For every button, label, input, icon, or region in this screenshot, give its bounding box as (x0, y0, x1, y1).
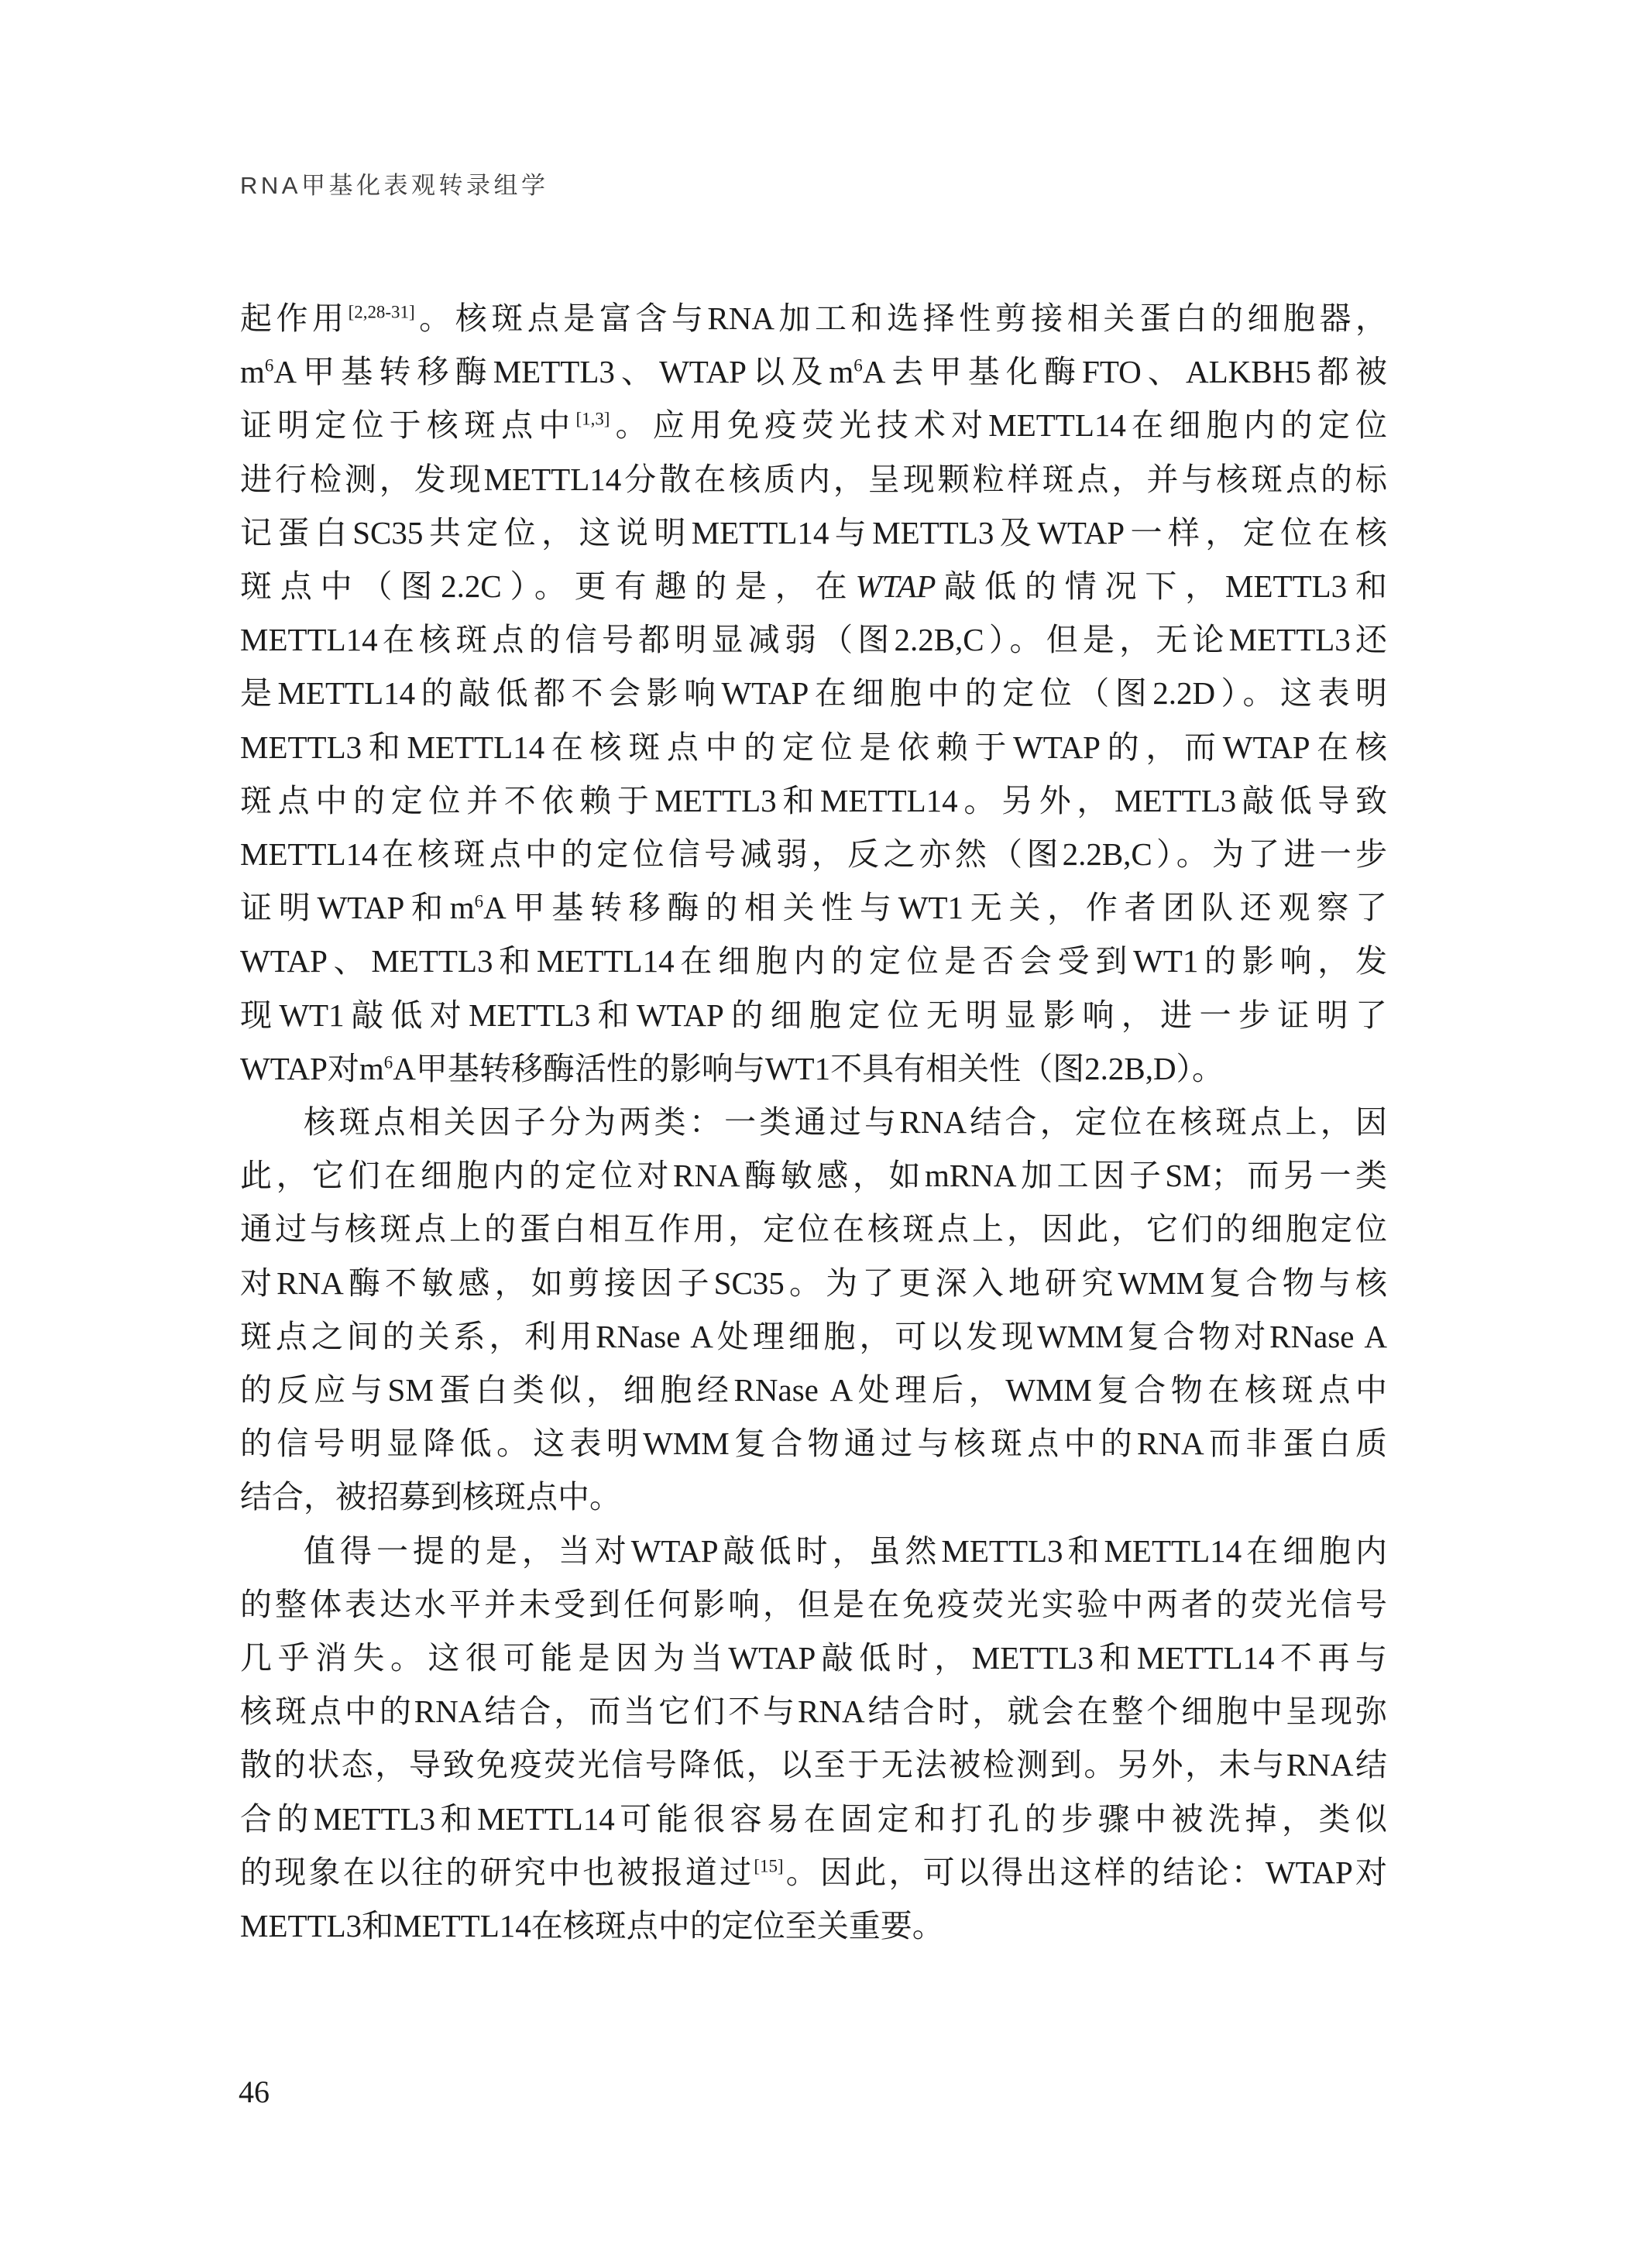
text-segment: A甲基转移酶活性的影响与WT1不具有相关性（图2.2B,D）。 (393, 1051, 1224, 1086)
text-line: 此，它们在细胞内的定位对RNA酶敏感，如mRNA加工因子SM；而另一类 (240, 1149, 1387, 1203)
text-segment: 起作用 (240, 300, 349, 336)
text-line: m6A甲基转移酶METTL3、WTAP以及m6A去甲基化酶FTO、ALKBH5都… (240, 345, 1387, 399)
text-line: 核斑点相关因子分为两类：一类通过与RNA结合，定位在核斑点上，因 (240, 1096, 1387, 1149)
text-segment: 是METTL14的敲低都不会影响WTAP在细胞中的定位（图2.2D）。这表明 (240, 675, 1387, 711)
text-segment: 合的METTL3和METTL14可能很容易在固定和打孔的步骤中被洗掉，类似 (240, 1801, 1387, 1837)
text-segment: METTL3和METTL14在核斑点中的定位至关重要。 (240, 1908, 944, 1944)
text-line: 进行检测，发现METTL14分散在核质内，呈现颗粒样斑点，并与核斑点的标 (240, 453, 1387, 506)
text-segment: 。应用免疫荧光技术对METTL14在细胞内的定位 (610, 407, 1387, 443)
text-segment: METTL3和METTL14在核斑点中的定位是依赖于WTAP的，而WTAP在核 (240, 729, 1387, 765)
text-line: 的现象在以往的研究中也被报道过[15]。因此，可以得出这样的结论：WTAP对 (240, 1846, 1387, 1899)
text-line: 斑点之间的关系，利用RNase A处理细胞，可以发现WMM复合物对RNase A (240, 1310, 1387, 1364)
book-page: RNA甲基化表观转录组学 起作用[2,28-31]。核斑点是富含与RNA加工和选… (0, 0, 1628, 2268)
text-line: 通过与核斑点上的蛋白相互作用，定位在核斑点上，因此，它们的细胞定位 (240, 1203, 1387, 1256)
text-segment: 敲低的情况下，METTL3和 (936, 568, 1387, 604)
text-segment: 证明定位于核斑点中 (240, 407, 575, 443)
text-segment: m (240, 354, 265, 389)
text-segment: 现WT1敲低对METTL3和WTAP的细胞定位无明显影响，进一步证明了 (240, 997, 1387, 1033)
text-segment: 结合，被招募到核斑点中。 (240, 1479, 621, 1515)
text-segment: 。核斑点是富含与RNA加工和选择性剪接相关蛋白的细胞器， (415, 300, 1387, 336)
text-segment: 散的状态，导致免疫荧光信号降低，以至于无法被检测到。另外，未与RNA结 (240, 1747, 1387, 1782)
text-segment: A去甲基化酶FTO、ALKBH5都被 (863, 354, 1387, 389)
citation-superscript: [1,3] (575, 410, 610, 429)
text-segment: A甲基转移酶METTL3、WTAP以及m (273, 354, 853, 389)
citation-superscript: 6 (384, 1052, 393, 1072)
citation-superscript: [15] (754, 1856, 783, 1875)
text-line: 的反应与SM蛋白类似，细胞经RNase A处理后，WMM复合物在核斑点中 (240, 1364, 1387, 1417)
text-segment: 斑点之间的关系，利用RNase A处理细胞，可以发现WMM复合物对RNase A (240, 1319, 1387, 1354)
text-line: 结合，被招募到核斑点中。 (240, 1470, 1387, 1524)
text-segment: 的信号明显降低。这表明WMM复合物通过与核斑点中的RNA而非蛋白质 (240, 1426, 1387, 1461)
text-block: 起作用[2,28-31]。核斑点是富含与RNA加工和选择性剪接相关蛋白的细胞器，… (240, 292, 1387, 1953)
text-segment: WTAP、METTL3和METTL14在细胞内的定位是否会受到WT1的影响，发 (240, 943, 1387, 979)
citation-superscript: 6 (265, 356, 273, 376)
text-segment: 的反应与SM蛋白类似，细胞经RNase A处理后，WMM复合物在核斑点中 (240, 1372, 1387, 1408)
text-line: 的信号明显降低。这表明WMM复合物通过与核斑点中的RNA而非蛋白质 (240, 1417, 1387, 1470)
text-segment: WTAP (855, 568, 936, 604)
text-line: 的整体表达水平并未受到任何影响，但是在免疫荧光实验中两者的荧光信号 (240, 1578, 1387, 1632)
citation-superscript: 6 (475, 892, 483, 911)
text-segment: 的现象在以往的研究中也被报道过 (240, 1855, 754, 1890)
text-segment: 核斑点相关因子分为两类：一类通过与RNA结合，定位在核斑点上，因 (304, 1104, 1387, 1140)
text-line: 几乎消失。这很可能是因为当WTAP敲低时，METTL3和METTL14不再与 (240, 1632, 1387, 1685)
text-line: 现WT1敲低对METTL3和WTAP的细胞定位无明显影响，进一步证明了 (240, 989, 1387, 1042)
citation-superscript: [2,28-31] (349, 302, 415, 321)
text-segment: 证明WTAP和m (240, 890, 475, 925)
text-line: 核斑点中的RNA结合，而当它们不与RNA结合时，就会在整个细胞中呈现弥 (240, 1685, 1387, 1738)
paragraph: 起作用[2,28-31]。核斑点是富含与RNA加工和选择性剪接相关蛋白的细胞器，… (240, 292, 1387, 1096)
text-line: METTL3和METTL14在核斑点中的定位是依赖于WTAP的，而WTAP在核 (240, 721, 1387, 774)
text-segment: 几乎消失。这很可能是因为当WTAP敲低时，METTL3和METTL14不再与 (240, 1640, 1387, 1676)
text-segment: 核斑点中的RNA结合，而当它们不与RNA结合时，就会在整个细胞中呈现弥 (240, 1693, 1387, 1729)
text-line: METTL14在核斑点的信号都明显减弱（图2.2B,C）。但是，无论METTL3… (240, 613, 1387, 667)
text-line: METTL3和METTL14在核斑点中的定位至关重要。 (240, 1899, 1387, 1953)
text-line: 证明定位于核斑点中[1,3]。应用免疫荧光技术对METTL14在细胞内的定位 (240, 399, 1387, 452)
text-line: 斑点中的定位并不依赖于METTL3和METTL14。另外，METTL3敲低导致 (240, 774, 1387, 828)
text-line: 合的METTL3和METTL14可能很容易在固定和打孔的步骤中被洗掉，类似 (240, 1793, 1387, 1846)
text-segment: 斑点中的定位并不依赖于METTL3和METTL14。另外，METTL3敲低导致 (240, 783, 1387, 818)
citation-superscript: 6 (853, 356, 862, 376)
text-segment: 斑点中（图2.2C）。更有趣的是，在 (240, 568, 855, 604)
text-segment: 对RNA酶不敏感，如剪接因子SC35。为了更深入地研究WMM复合物与核 (240, 1265, 1387, 1301)
text-line: 记蛋白SC35共定位，这说明METTL14与METTL3及WTAP一样，定位在核 (240, 506, 1387, 560)
running-header: RNA甲基化表观转录组学 (240, 166, 548, 201)
text-line: 起作用[2,28-31]。核斑点是富含与RNA加工和选择性剪接相关蛋白的细胞器， (240, 292, 1387, 345)
text-line: 对RNA酶不敏感，如剪接因子SC35。为了更深入地研究WMM复合物与核 (240, 1257, 1387, 1310)
text-segment: 的整体表达水平并未受到任何影响，但是在免疫荧光实验中两者的荧光信号 (240, 1587, 1387, 1622)
text-segment: 记蛋白SC35共定位，这说明METTL14与METTL3及WTAP一样，定位在核 (240, 515, 1387, 551)
text-segment: 通过与核斑点上的蛋白相互作用，定位在核斑点上，因此，它们的细胞定位 (240, 1211, 1387, 1247)
text-segment: A甲基转移酶的相关性与WT1无关，作者团队还观察了 (483, 890, 1387, 925)
text-line: 证明WTAP和m6A甲基转移酶的相关性与WT1无关，作者团队还观察了 (240, 881, 1387, 935)
text-segment: WTAP对m (240, 1051, 384, 1086)
text-line: 斑点中（图2.2C）。更有趣的是，在WTAP敲低的情况下，METTL3和 (240, 560, 1387, 613)
text-line: 散的状态，导致免疫荧光信号降低，以至于无法被检测到。另外，未与RNA结 (240, 1738, 1387, 1792)
text-line: 是METTL14的敲低都不会影响WTAP在细胞中的定位（图2.2D）。这表明 (240, 667, 1387, 720)
text-segment: 。因此，可以得出这样的结论：WTAP对 (784, 1855, 1387, 1890)
text-line: WTAP、METTL3和METTL14在细胞内的定位是否会受到WT1的影响，发 (240, 935, 1387, 988)
text-segment: 此，它们在细胞内的定位对RNA酶敏感，如mRNA加工因子SM；而另一类 (240, 1158, 1387, 1193)
paragraph: 值得一提的是，当对WTAP敲低时，虽然METTL3和METTL14在细胞内的整体… (240, 1525, 1387, 1954)
text-segment: 进行检测，发现METTL14分散在核质内，呈现颗粒样斑点，并与核斑点的标 (240, 461, 1387, 497)
text-segment: METTL14在核斑点的信号都明显减弱（图2.2B,C）。但是，无论METTL3… (240, 622, 1387, 657)
text-line: WTAP对m6A甲基转移酶活性的影响与WT1不具有相关性（图2.2B,D）。 (240, 1042, 1387, 1096)
text-line: METTL14在核斑点中的定位信号减弱，反之亦然（图2.2B,C）。为了进一步 (240, 828, 1387, 881)
page-number: 46 (239, 2074, 270, 2110)
text-segment: 值得一提的是，当对WTAP敲低时，虽然METTL3和METTL14在细胞内 (304, 1533, 1387, 1569)
text-line: 值得一提的是，当对WTAP敲低时，虽然METTL3和METTL14在细胞内 (240, 1525, 1387, 1578)
paragraph: 核斑点相关因子分为两类：一类通过与RNA结合，定位在核斑点上，因此，它们在细胞内… (240, 1096, 1387, 1525)
text-segment: METTL14在核斑点中的定位信号减弱，反之亦然（图2.2B,C）。为了进一步 (240, 836, 1387, 872)
